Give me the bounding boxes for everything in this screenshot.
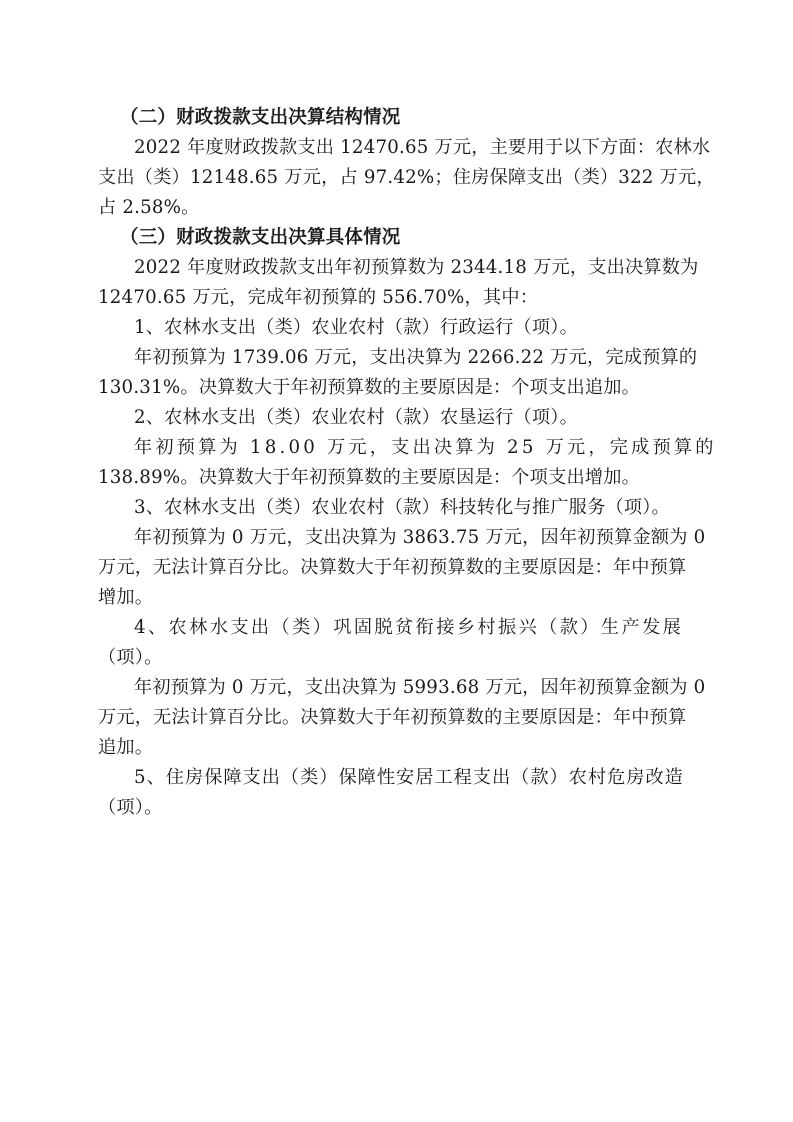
section-3-intro-line: 2022 年度财政拨款支出年初预算数为 2344.18 万元，支出决算数为 <box>98 253 698 283</box>
section-2-paragraph-line: 占 2.58%。 <box>98 193 698 223</box>
item-1-body-line: 年初预算为 1739.06 万元，支出决算为 2266.22 万元，完成预算的 <box>98 343 698 373</box>
item-2-title: 2、农林水支出（类）农业农村（款）农垦运行（项）。 <box>98 403 698 433</box>
item-4-body-line: 追加。 <box>98 733 698 763</box>
item-3-body-line: 年初预算为 0 万元，支出决算为 3863.75 万元，因年初预算金额为 0 <box>98 523 698 553</box>
section-2-paragraph-line: 支出（类）12148.65 万元，占 97.42%；住房保障支出（类）322 万… <box>98 163 698 193</box>
section-2-paragraph-line: 2022 年度财政拨款支出 12470.65 万元，主要用于以下方面：农林水 <box>98 133 698 163</box>
section-3-intro-line: 12470.65 万元，完成年初预算的 556.70%，其中： <box>98 283 698 313</box>
item-4-title: （项）。 <box>98 643 698 673</box>
section-2-heading: （二）财政拨款支出决算结构情况 <box>98 103 698 133</box>
item-2-body-line: 年初预算为 18.00 万元，支出决算为 25 万元，完成预算的 <box>98 433 698 463</box>
item-4-body-line: 万元，无法计算百分比。决算数大于年初预算数的主要原因是：年中预算 <box>98 703 698 733</box>
item-2-body-line: 138.89%。决算数大于年初预算数的主要原因是：个项支出增加。 <box>98 463 698 493</box>
item-4-body-line: 年初预算为 0 万元，支出决算为 5993.68 万元，因年初预算金额为 0 <box>98 673 698 703</box>
item-3-body-line: 增加。 <box>98 583 698 613</box>
item-1-title: 1、农林水支出（类）农业农村（款）行政运行（项）。 <box>98 313 698 343</box>
item-1-body-line: 130.31%。决算数大于年初预算数的主要原因是：个项支出追加。 <box>98 373 698 403</box>
document-page: （二）财政拨款支出决算结构情况 2022 年度财政拨款支出 12470.65 万… <box>98 103 698 823</box>
item-3-body-line: 万元，无法计算百分比。决算数大于年初预算数的主要原因是：年中预算 <box>98 553 698 583</box>
item-4-title: 4、农林水支出（类）巩固脱贫衔接乡村振兴（款）生产发展 <box>98 613 698 643</box>
item-3-title: 3、农林水支出（类）农业农村（款）科技转化与推广服务（项）。 <box>98 493 698 523</box>
item-5-title: 5、住房保障支出（类）保障性安居工程支出（款）农村危房改造 <box>98 763 698 793</box>
section-3-heading: （三）财政拨款支出决算具体情况 <box>98 223 698 253</box>
item-5-title: （项）。 <box>98 793 698 823</box>
